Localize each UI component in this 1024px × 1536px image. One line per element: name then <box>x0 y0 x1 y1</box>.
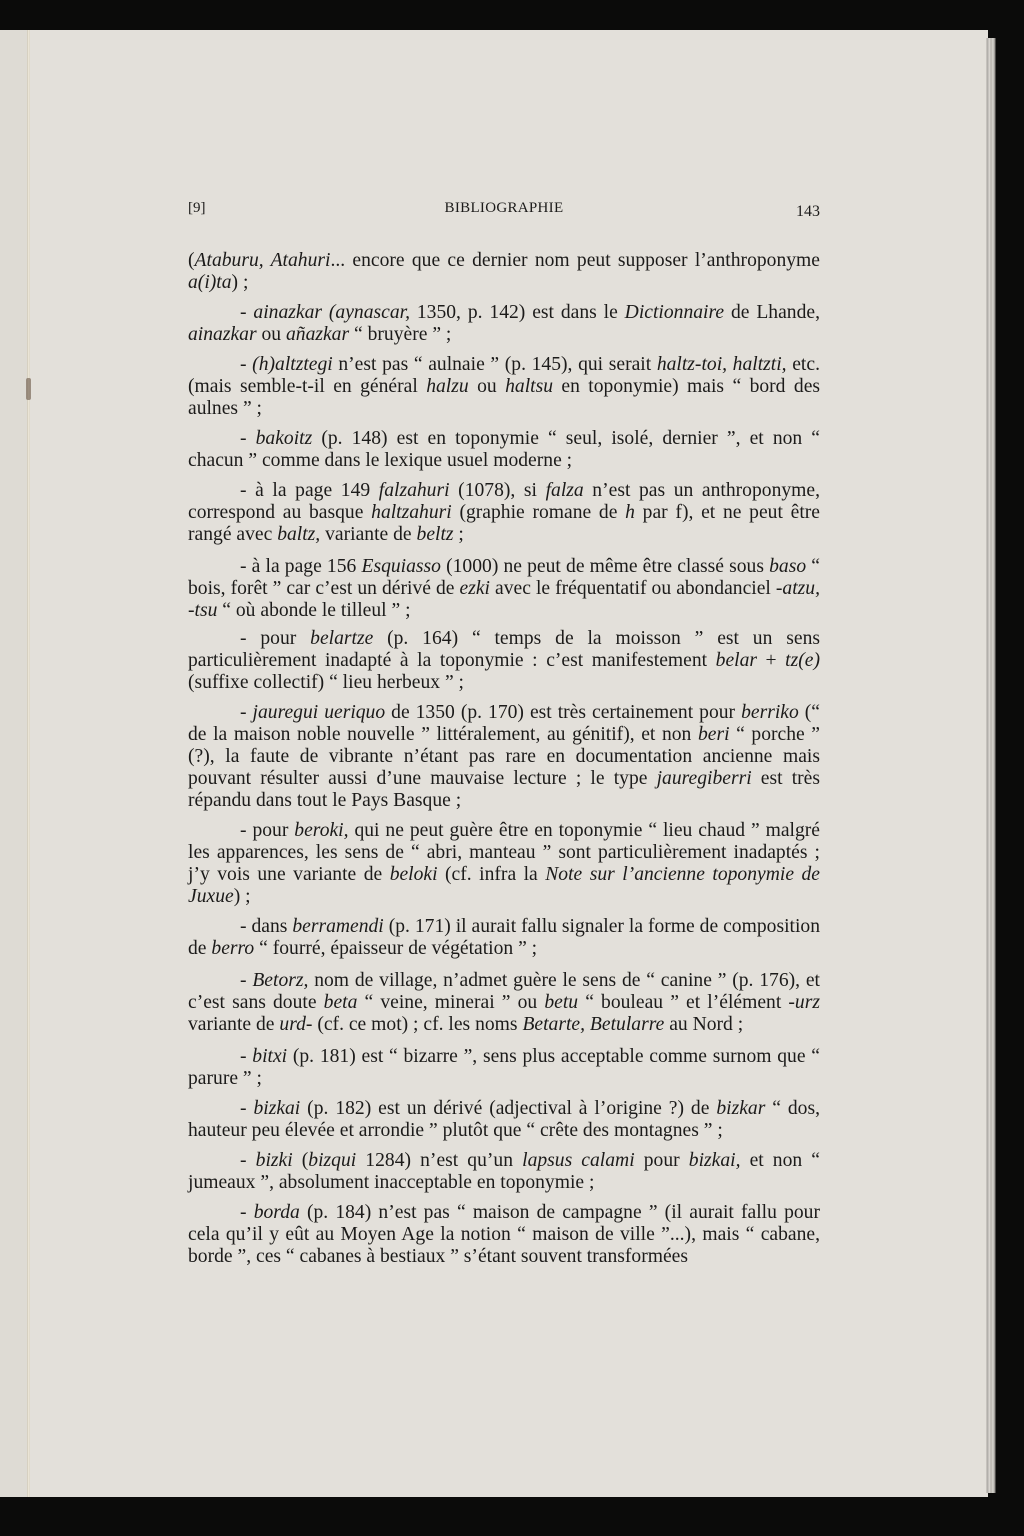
text-run: 1350, p. 142) est dans le <box>410 302 625 323</box>
italic-term: bakoitz <box>256 428 313 449</box>
text-run: n’est pas “ aulnaie ” (p. 145), qui sera… <box>333 354 657 375</box>
italic-term: beltz <box>417 524 454 545</box>
text-run: - <box>240 1098 253 1119</box>
text-run: - à la page 149 <box>240 480 379 501</box>
paragraph: - bitxi (p. 181) est “ bizarre ”, sens p… <box>188 1046 820 1090</box>
italic-term: añazkar <box>286 324 349 345</box>
italic-term: berro <box>211 938 254 959</box>
text-run: - <box>240 302 253 323</box>
text-run: ( <box>293 1150 309 1171</box>
text-run: - dans <box>240 916 292 937</box>
italic-term: haltsu <box>505 376 553 397</box>
body-text: (Ataburu, Atahuri... encore que ce derni… <box>188 250 820 1268</box>
running-head: [9] BIBLIOGRAPHIE 143 <box>188 195 820 225</box>
facing-page-edge <box>0 30 28 1497</box>
page-number: 143 <box>796 203 820 221</box>
text-run: - <box>240 970 252 991</box>
binding-crease <box>27 30 30 1497</box>
text-run: - à la page 156 <box>240 556 361 577</box>
italic-term: falzahuri <box>379 480 450 501</box>
italic-term: beroki, <box>294 820 348 841</box>
text-run: ; <box>454 524 464 545</box>
italic-term: Ataburu, Atahuri <box>195 250 331 271</box>
text-run: “ bruyère ” ; <box>349 324 451 345</box>
italic-term: bizqui <box>308 1150 356 1171</box>
paragraph: - bakoitz (p. 148) est en toponymie “ se… <box>188 428 820 472</box>
italic-term: Dictionnaire <box>625 302 724 323</box>
italic-term: beloki <box>390 864 438 885</box>
paragraph: - ainazkar (aynascar, 1350, p. 142) est … <box>188 302 820 346</box>
italic-term: bizkai <box>253 1098 300 1119</box>
paragraph: - à la page 156 Esquiasso (1000) ne peut… <box>188 556 820 622</box>
italic-term: bitxi <box>252 1046 287 1067</box>
paragraph: - borda (p. 184) n’est pas “ maison de c… <box>188 1202 820 1268</box>
paragraph: - jauregui ueriquo de 1350 (p. 170) est … <box>188 702 820 812</box>
italic-term: bizkai, <box>689 1150 741 1171</box>
italic-term: haltzahuri <box>371 502 452 523</box>
text-run: ou <box>257 324 286 345</box>
italic-term: belar <box>716 650 757 671</box>
italic-term: h <box>625 502 635 523</box>
text-run: - <box>240 1046 252 1067</box>
italic-term: halzu <box>426 376 468 397</box>
paragraph: - pour belartze (p. 164) “ temps de la m… <box>188 628 820 694</box>
italic-term: beta <box>324 992 358 1013</box>
text-run: (1000) ne peut de même être classé sous <box>441 556 769 577</box>
italic-term: berriko <box>741 702 799 723</box>
italic-term: tz(e) <box>785 650 820 671</box>
text-run: au Nord ; <box>664 1014 743 1035</box>
text-run: de Lhande, <box>724 302 820 323</box>
italic-term: Betarte, Betularre <box>522 1014 664 1035</box>
paragraph: - (h)altztegi n’est pas “ aulnaie ” (p. … <box>188 354 820 420</box>
italic-term: ainazkar <box>188 324 257 345</box>
text-run: (cf. infra la <box>438 864 546 885</box>
italic-term: Betorz, <box>252 970 308 991</box>
text-run: “ où abonde le tilleul ” ; <box>217 600 410 621</box>
text-run: avec le fréquentatif ou abondanciel <box>490 578 776 599</box>
text-run: - <box>240 1202 254 1223</box>
italic-term: borda <box>254 1202 300 1223</box>
text-run: 1284) n’est qu’un <box>356 1150 522 1171</box>
paragraph: (Ataburu, Atahuri... encore que ce derni… <box>188 250 820 294</box>
italic-term: beri <box>698 724 730 745</box>
text-run: de 1350 (p. 170) est très certainement p… <box>385 702 741 723</box>
paragraph: - bizkai (p. 182) est un dérivé (adjecti… <box>188 1098 820 1142</box>
paragraph: - dans berramendi (p. 171) il aurait fal… <box>188 916 820 960</box>
italic-term: Esquiasso <box>361 556 440 577</box>
italic-term: ainazkar (aynascar, <box>253 302 410 323</box>
italic-term: lapsus calami <box>522 1150 635 1171</box>
text-run: variante de <box>320 524 416 545</box>
text-run: - <box>240 702 253 723</box>
scanned-book-page-scene: [9] BIBLIOGRAPHIE 143 (Ataburu, Atahuri.… <box>0 0 1024 1536</box>
paragraph: - Betorz, nom de village, n’admet guère … <box>188 970 820 1036</box>
italic-term: betu <box>544 992 578 1013</box>
text-run: “ veine, minerai ” ou <box>357 992 544 1013</box>
running-title: BIBLIOGRAPHIE <box>188 200 820 217</box>
text-run: + <box>757 650 785 671</box>
text-run: (suffixe collectif) “ lieu herbeux ” ; <box>188 672 464 693</box>
italic-term: urd- <box>279 1014 312 1035</box>
italic-term: bizkar <box>716 1098 765 1119</box>
italic-term: falza <box>546 480 584 501</box>
paragraph: - pour beroki, qui ne peut guère être en… <box>188 820 820 908</box>
italic-term: baso <box>769 556 806 577</box>
text-run: “ fourré, épaisseur de végétation ” ; <box>254 938 537 959</box>
page-stack-edges <box>986 38 996 1493</box>
text-run: ) ; <box>232 272 249 293</box>
italic-term: haltz-toi, haltzti, <box>657 354 787 375</box>
text-run: (graphie romane de <box>452 502 625 523</box>
text-run: “ bouleau ” et l’élément <box>578 992 788 1013</box>
italic-term: jauregui ueriquo <box>253 702 386 723</box>
italic-term: a(i)ta <box>188 272 232 293</box>
italic-term: (h)altztegi <box>252 354 333 375</box>
italic-term: belartze <box>310 628 373 649</box>
text-run: - pour <box>240 820 294 841</box>
paragraph: - à la page 149 falzahuri (1078), si fal… <box>188 480 820 546</box>
text-run: ... encore que ce dernier nom peut suppo… <box>330 250 820 271</box>
paragraph: - bizki (bizqui 1284) n’est qu’un lapsus… <box>188 1150 820 1194</box>
text-block: [9] BIBLIOGRAPHIE 143 (Ataburu, Atahuri.… <box>188 195 820 1276</box>
italic-term: baltz, <box>277 524 320 545</box>
text-run: - pour <box>240 628 310 649</box>
text-run: (p. 182) est un dérivé (adjectival à l’o… <box>300 1098 716 1119</box>
text-run: ) ; <box>234 886 251 907</box>
text-run: pour <box>635 1150 689 1171</box>
italic-term: -urz <box>788 992 820 1013</box>
text-run: - <box>240 1150 256 1171</box>
binding-stain-mark <box>26 378 31 400</box>
text-run: - <box>240 428 256 449</box>
italic-term: bizki <box>256 1150 293 1171</box>
text-run: (1078), si <box>450 480 546 501</box>
text-run: ou <box>469 376 505 397</box>
text-run: variante de <box>188 1014 279 1035</box>
italic-term: berramendi <box>292 916 383 937</box>
italic-term: ezki <box>460 578 490 599</box>
italic-term: jauregiberri <box>657 768 752 789</box>
text-run: (cf. ce mot) ; cf. les noms <box>312 1014 522 1035</box>
text-run: - <box>240 354 252 375</box>
